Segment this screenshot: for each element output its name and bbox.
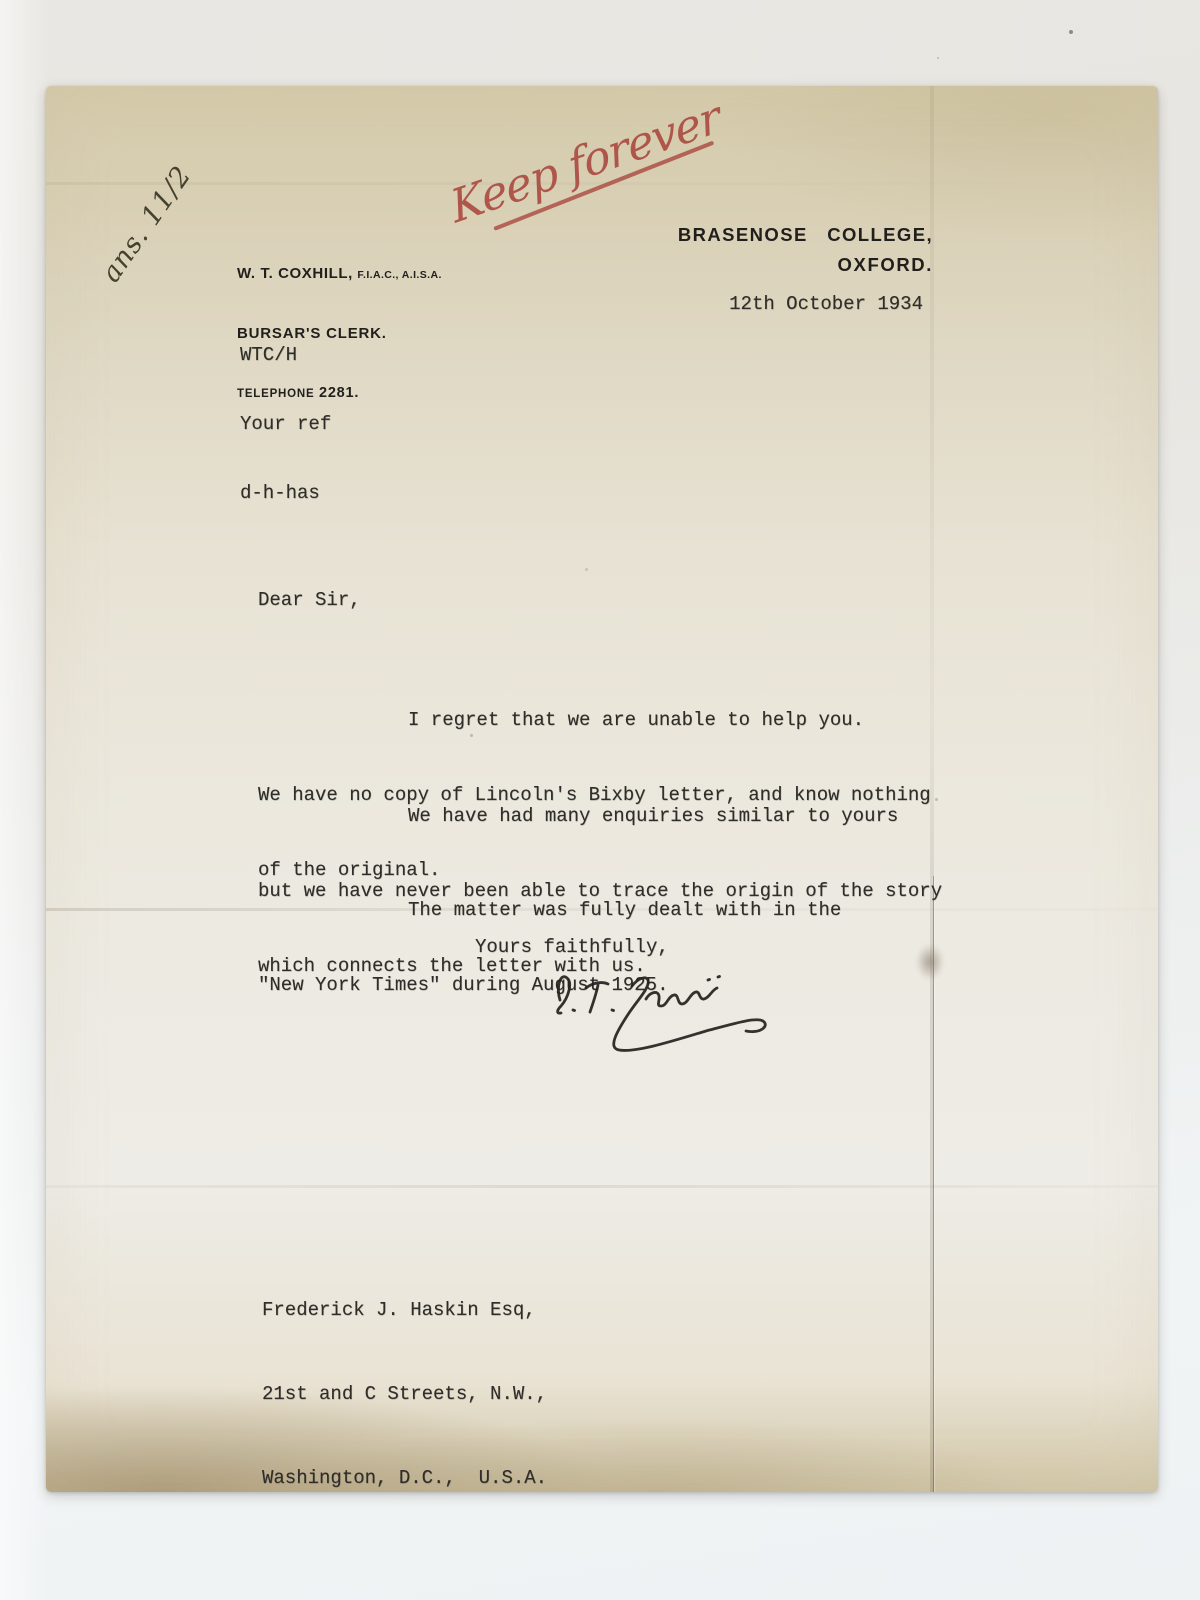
college-name: BRASENOSE COLLEGE, (675, 220, 933, 250)
college-letterhead: BRASENOSE COLLEGE, OXFORD. 12th October … (675, 220, 933, 317)
sender-credentials: F.I.A.C., A.I.S.A. (357, 269, 441, 281)
dust-speck (937, 57, 939, 59)
salutation: Dear Sir, (258, 588, 361, 613)
recipient-address: Frederick J. Haskin Esq, 21st and C Stre… (262, 1240, 547, 1548)
body-line: I regret that we are unable to help you. (258, 708, 931, 733)
horizontal-fold-crease-lower (46, 1185, 1158, 1188)
recipient-name: Frederick J. Haskin Esq, (262, 1296, 547, 1324)
paper-speck (585, 568, 588, 571)
your-ref-value: d-h-has (240, 482, 331, 505)
body-line: The matter was fully dealt with in the (258, 898, 841, 923)
letter-paper: ans. 11/2 Keep forever W. T. COXHILL, F.… (46, 86, 1158, 1492)
recipient-street: 21st and C Streets, N.W., (262, 1380, 547, 1408)
your-ref-label: Your ref (240, 413, 331, 436)
our-reference: WTC/H (240, 344, 331, 367)
sender-name-line: W. T. COXHILL, F.I.A.C., A.I.S.A. (237, 262, 442, 286)
reference-block: WTC/H Your ref d-h-has (240, 298, 331, 551)
dust-speck (1069, 30, 1073, 34)
recipient-city: Washington, D.C., U.S.A. (262, 1464, 547, 1492)
photo-of-letter: ans. 11/2 Keep forever W. T. COXHILL, F.… (0, 0, 1200, 1600)
letter-date: 12th October 1934 (675, 292, 933, 317)
closing-valediction: Yours faithfully, (475, 935, 669, 960)
sender-name: W. T. COXHILL, (237, 265, 353, 282)
handwritten-signature (546, 962, 776, 1057)
body-line: We have had many enquiries similar to yo… (258, 804, 942, 829)
handwritten-filing-note: ans. 11/2 (96, 131, 219, 288)
college-city: OXFORD. (675, 250, 933, 280)
handwritten-keep-forever-note: Keep forever (446, 87, 732, 233)
